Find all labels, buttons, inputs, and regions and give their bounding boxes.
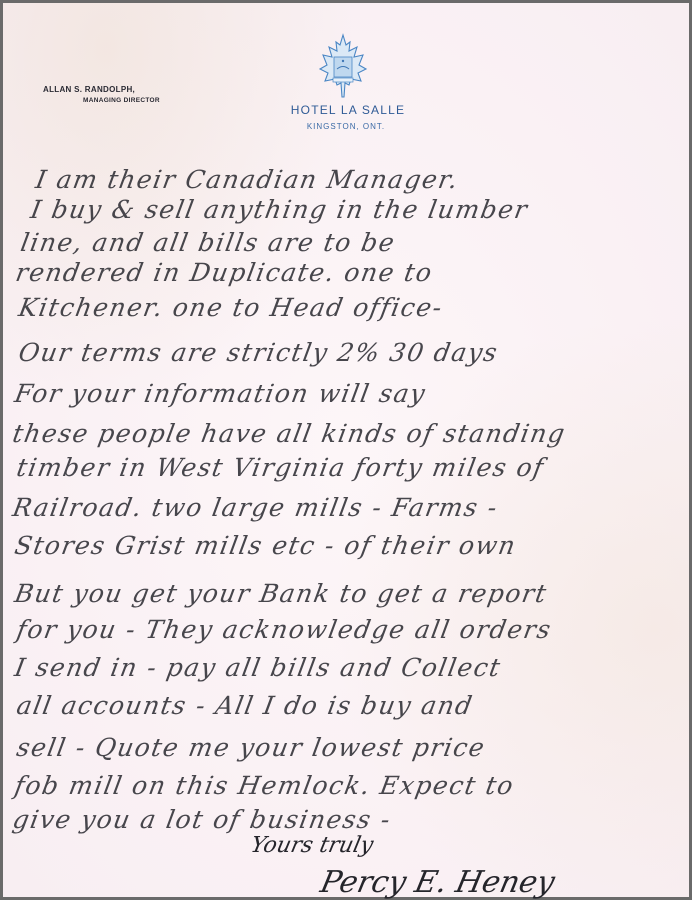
letter-line: Our terms are strictly 2% 30 days [16, 338, 500, 367]
letter-line: Kitchener. one to Head office- [16, 293, 445, 322]
letter-line: I buy & sell anything in the lumber [28, 195, 530, 224]
letter-line: line, and all bills are to be [18, 228, 397, 257]
letter-line: But you get your Bank to get a report [12, 579, 549, 608]
letter-line: give you a lot of business - [10, 805, 393, 834]
hotel-city: KINGSTON, ONT. [3, 122, 689, 131]
hotel-name: HOTEL LA SALLE [3, 103, 691, 117]
letter-line: rendered in Duplicate. one to [13, 258, 435, 287]
letter-line: timber in West Virginia forty miles of [14, 453, 546, 482]
letter-line: Stores Grist mills etc - of their own [12, 531, 518, 560]
letter-line: for you - They acknowledge all orders [14, 615, 554, 644]
letter-closing: Yours truly [248, 833, 375, 858]
letter-line: all accounts - All I do is buy and [14, 691, 475, 720]
letter-line: fob mill on this Hemlock. Expect to [12, 771, 516, 800]
managing-director-block: ALLAN S. RANDOLPH, MANAGING DIRECTOR [43, 85, 160, 104]
letter-signature: Percy E. Heney [317, 865, 558, 900]
director-name: ALLAN S. RANDOLPH, [43, 85, 160, 94]
letter-line: Railroad. two large mills - Farms - [10, 493, 500, 522]
letter-line: these people have all kinds of standing [10, 419, 568, 448]
letter-paper: ALLAN S. RANDOLPH, MANAGING DIRECTOR HOT… [3, 3, 689, 897]
letter-line: I am their Canadian Manager. [33, 165, 461, 194]
maple-leaf-crest-icon [317, 33, 369, 99]
letter-line: I send in - pay all bills and Collect [12, 653, 503, 682]
letter-line: sell - Quote me your lowest price [14, 733, 487, 762]
letter-line: For your information will say [12, 379, 428, 408]
